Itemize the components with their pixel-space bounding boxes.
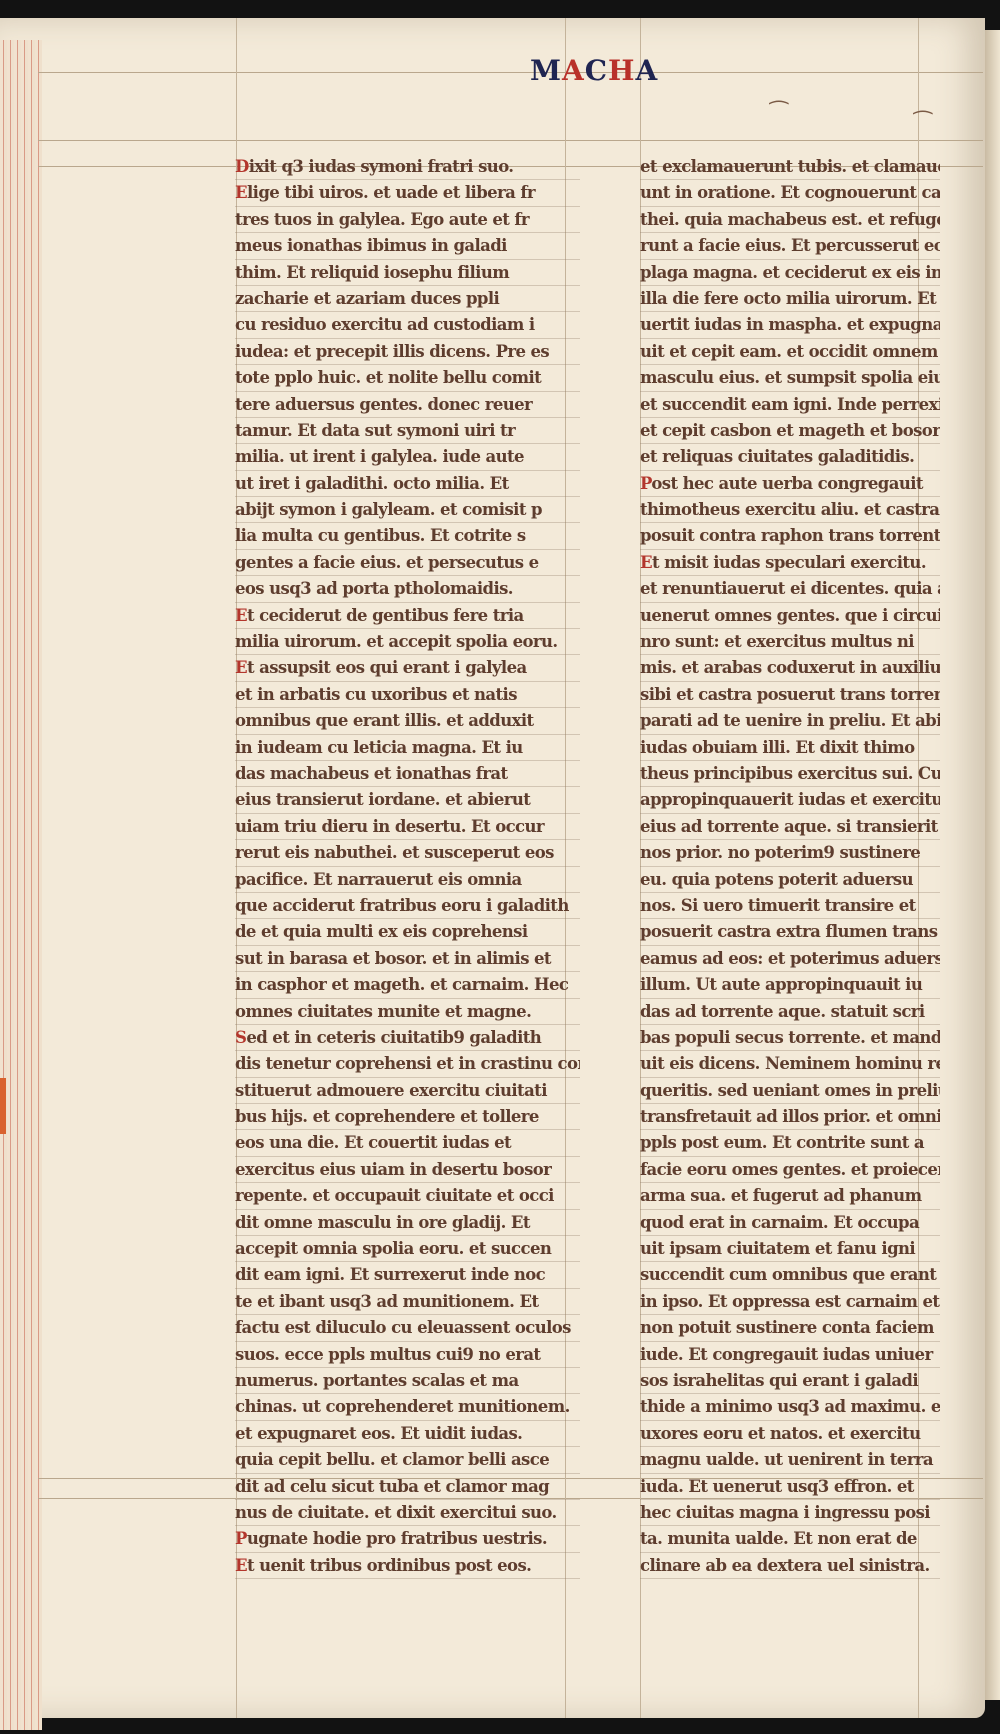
line-text: et renuntiauerut ei dicentes. quia ad — [640, 579, 940, 598]
text-line: quia cepit bellu. et clamor belli asce — [235, 1447, 580, 1473]
line-text: numerus. portantes scalas et ma — [235, 1371, 519, 1390]
line-text: bas populi secus torrente. et manda — [640, 1028, 940, 1047]
line-text: tote pplo huic. et nolite bellu comit — [235, 368, 541, 387]
line-text: et succendit eam igni. Inde perrexit — [640, 395, 940, 414]
line-text: dit omne masculu in ore gladij. Et — [235, 1213, 530, 1232]
text-line: sos israhelitas qui erant i galadi — [640, 1368, 940, 1394]
text-line: thim. Et reliquid iosephu filium — [235, 260, 580, 286]
line-text: zacharie et azariam duces ppli — [235, 289, 499, 308]
text-line: zacharie et azariam duces ppli — [235, 286, 580, 312]
line-text: de et quia multi ex eis coprehensi — [235, 922, 528, 941]
line-text: arma sua. et fugerut ad phanum — [640, 1186, 921, 1205]
line-text: sibi et castra posuerut trans torrente — [640, 685, 940, 704]
text-line: ta. munita ualde. Et non erat de — [640, 1526, 940, 1552]
line-text: ta. munita ualde. Et non erat de — [640, 1529, 917, 1548]
text-line: et expugnaret eos. Et uidit iudas. — [235, 1421, 580, 1447]
text-line: parati ad te uenire in preliu. Et abijt — [640, 708, 940, 734]
text-line: uit ipsam ciuitatem et fanu igni — [640, 1236, 940, 1262]
running-head-letter: H — [608, 54, 635, 87]
text-line: uit et cepit eam. et occidit omnem — [640, 339, 940, 365]
line-text: theus principibus exercitus sui. Cu — [640, 764, 940, 783]
text-line: mis. et arabas coduxerut in auxiliu — [640, 655, 940, 681]
text-line: abijt symon i galyleam. et comisit p — [235, 497, 580, 523]
text-line: in casphor et mageth. et carnaim. Hec — [235, 972, 580, 998]
text-line: cu residuo exercitu ad custodiam i — [235, 312, 580, 338]
line-text: facie eoru omes gentes. et proiecer — [640, 1160, 940, 1179]
line-text: t assupsit eos qui erant i galylea — [247, 658, 527, 677]
line-text: non potuit sustinere conta faciem — [640, 1318, 934, 1337]
line-text: illum. Ut aute appropinquauit iu — [640, 975, 922, 994]
line-text: ut iret i galadithi. octo milia. Et — [235, 474, 509, 493]
text-column-right: et exclamauerunt tubis. et clamauerunt i… — [640, 154, 940, 1579]
rubricated-initial: E — [235, 1556, 247, 1575]
text-line: das ad torrente aque. statuit scri — [640, 999, 940, 1025]
line-text: iude. Et congregauit iudas uniuer — [640, 1345, 933, 1364]
marginal-mark: ⁀ — [770, 102, 788, 127]
line-text: nus de ciuitate. et dixit exercitui suo. — [235, 1503, 557, 1522]
text-line: eamus ad eos: et poterimus aduers — [640, 946, 940, 972]
line-text: uertit iudas in maspha. et expugna — [640, 315, 940, 334]
line-text: quia cepit bellu. et clamor belli asce — [235, 1450, 549, 1469]
ruling-top-2 — [38, 140, 983, 141]
line-text: clinare ab ea dextera uel sinistra. — [640, 1556, 930, 1575]
text-line: runt a facie eius. Et percusserut eos — [640, 233, 940, 259]
text-line: succendit cum omnibus que erant — [640, 1262, 940, 1288]
line-text: runt a facie eius. Et percusserut eos — [640, 236, 940, 255]
line-text: uenerut omnes gentes. que i circuitu — [640, 606, 940, 625]
text-line: posuerit castra extra flumen trans — [640, 919, 940, 945]
text-line: thei. quia machabeus est. et refuge — [640, 207, 940, 233]
line-text: chinas. ut coprehenderet munitionem. — [235, 1397, 570, 1416]
text-line: que acciderut fratribus eoru i galadith — [235, 893, 580, 919]
text-line: eos una die. Et couertit iudas et — [235, 1130, 580, 1156]
page-marker-tab — [0, 1078, 6, 1134]
text-line: bus hijs. et coprehendere et tollere — [235, 1104, 580, 1130]
line-text: dit eam igni. Et surrexerut inde noc — [235, 1265, 545, 1284]
text-line: repente. et occupauit ciuitate et occi — [235, 1183, 580, 1209]
line-text: cu residuo exercitu ad custodiam i — [235, 315, 535, 334]
line-text: in iudeam cu leticia magna. Et iu — [235, 738, 523, 757]
line-text: quod erat in carnaim. Et occupa — [640, 1213, 919, 1232]
text-line: in iudeam cu leticia magna. Et iu — [235, 735, 580, 761]
line-text: et in arbatis cu uxoribus et natis — [235, 685, 517, 704]
line-text: queritis. sed ueniant omes in preliu. Et — [640, 1081, 940, 1100]
text-line: uenerut omnes gentes. que i circuitu — [640, 603, 940, 629]
rubricated-initial: E — [640, 553, 652, 572]
line-text: ugnate hodie pro fratribus uestris. — [247, 1529, 547, 1548]
line-text: nos. Si uero timuerit transire et — [640, 896, 916, 915]
text-line: plaga magna. et ceciderut ex eis in — [640, 260, 940, 286]
text-column-left: Dixit q3 iudas symoni fratri suo.Elige t… — [235, 154, 580, 1579]
text-line: Elige tibi uiros. et uade et libera fr — [235, 180, 580, 206]
text-line: tote pplo huic. et nolite bellu comit — [235, 365, 580, 391]
text-line: posuit contra raphon trans torrente — [640, 523, 940, 549]
line-text: stituerut admouere exercitu ciuitati — [235, 1081, 547, 1100]
text-line: et exclamauerunt tubis. et clamauer — [640, 154, 940, 180]
line-text: uit et cepit eam. et occidit omnem — [640, 342, 938, 361]
text-line: nos. Si uero timuerit transire et — [640, 893, 940, 919]
text-line: das machabeus et ionathas frat — [235, 761, 580, 787]
line-text: thim. Et reliquid iosephu filium — [235, 263, 509, 282]
text-line: Pugnate hodie pro fratribus uestris. — [235, 1526, 580, 1552]
text-line: uertit iudas in maspha. et expugna — [640, 312, 940, 338]
text-line: iude. Et congregauit iudas uniuer — [640, 1342, 940, 1368]
line-text: thei. quia machabeus est. et refuge — [640, 210, 940, 229]
line-text: exercitus eius uiam in desertu bosor — [235, 1160, 551, 1179]
text-line: rerut eis nabuthei. et susceperut eos — [235, 840, 580, 866]
text-line: Et uenit tribus ordinibus post eos. — [235, 1553, 580, 1579]
line-text: uxores eoru et natos. et exercitu — [640, 1424, 920, 1443]
line-text: rerut eis nabuthei. et susceperut eos — [235, 843, 554, 862]
text-line: quod erat in carnaim. Et occupa — [640, 1210, 940, 1236]
line-text: bus hijs. et coprehendere et tollere — [235, 1107, 539, 1126]
line-text: eius transierut iordane. et abierut — [235, 790, 530, 809]
text-line: dis tenetur coprehensi et in crastinu co… — [235, 1051, 580, 1077]
line-text: plaga magna. et ceciderut ex eis in — [640, 263, 940, 282]
line-text: das machabeus et ionathas frat — [235, 764, 507, 783]
text-line: unt in oratione. Et cognouerunt castra t… — [640, 180, 940, 206]
text-line: uiam triu dieru in desertu. Et occur — [235, 814, 580, 840]
text-line: non potuit sustinere conta faciem — [640, 1315, 940, 1341]
manuscript-page: MACHA ⁀ ⁀ Dixit q3 iudas symoni fratri s… — [0, 18, 985, 1718]
line-text: t misit iudas speculari exercitu. — [652, 553, 926, 572]
text-line: suos. ecce ppls multus cui9 no erat — [235, 1342, 580, 1368]
line-text: milia uirorum. et accepit spolia eoru. — [235, 632, 558, 651]
text-line: illa die fere octo milia uirorum. Et di — [640, 286, 940, 312]
line-text: parati ad te uenire in preliu. Et abijt — [640, 711, 940, 730]
text-line: tamur. Et data sut symoni uiri tr — [235, 418, 580, 444]
text-line: ut iret i galadithi. octo milia. Et — [235, 471, 580, 497]
rubricated-initial: E — [235, 606, 247, 625]
text-line: thide a minimo usq3 ad maximu. et — [640, 1394, 940, 1420]
text-line: theus principibus exercitus sui. Cu — [640, 761, 940, 787]
line-text: masculu eius. et sumpsit spolia eius — [640, 368, 940, 387]
text-line: exercitus eius uiam in desertu bosor — [235, 1157, 580, 1183]
text-line: et renuntiauerut ei dicentes. quia ad — [640, 576, 940, 602]
line-text: thide a minimo usq3 ad maximu. et — [640, 1397, 940, 1416]
text-line: magnu ualde. ut uenirent in terra — [640, 1447, 940, 1473]
running-head-letter: M — [530, 54, 562, 87]
line-text: t ceciderut de gentibus fere tria — [247, 606, 524, 625]
text-line: Et assupsit eos qui erant i galylea — [235, 655, 580, 681]
line-text: in ipso. Et oppressa est carnaim et — [640, 1292, 939, 1311]
line-text: et reliquas ciuitates galaditidis. — [640, 447, 914, 466]
rubricated-initial: S — [235, 1028, 246, 1047]
text-line: milia uirorum. et accepit spolia eoru. — [235, 629, 580, 655]
line-text: iuda. Et uenerut usq3 effron. et — [640, 1477, 914, 1496]
text-line: omnes ciuitates munite et magne. — [235, 999, 580, 1025]
line-text: tere aduersus gentes. donec reuer — [235, 395, 532, 414]
rubricated-initial: E — [235, 658, 247, 677]
line-text: in casphor et mageth. et carnaim. Hec — [235, 975, 568, 994]
line-text: tamur. Et data sut symoni uiri tr — [235, 421, 515, 440]
text-line: de et quia multi ex eis coprehensi — [235, 919, 580, 945]
line-text: gentes a facie eius. et persecutus e — [235, 553, 538, 572]
text-line: et cepit casbon et mageth et bosor. — [640, 418, 940, 444]
text-line: Post hec aute uerba congregauit — [640, 471, 940, 497]
running-head-letter: A — [562, 54, 585, 87]
text-line: chinas. ut coprehenderet munitionem. — [235, 1394, 580, 1420]
text-line: factu est diluculo cu eleuassent oculos — [235, 1315, 580, 1341]
text-line: ppls post eum. Et contrite sunt a — [640, 1130, 940, 1156]
text-line: et succendit eam igni. Inde perrexit — [640, 392, 940, 418]
text-line: hec ciuitas magna i ingressu posi — [640, 1500, 940, 1526]
rubricated-initial: D — [235, 157, 249, 176]
text-line: sibi et castra posuerut trans torrente — [640, 682, 940, 708]
text-line: nro sunt: et exercitus multus ni — [640, 629, 940, 655]
text-line: numerus. portantes scalas et ma — [235, 1368, 580, 1394]
text-line: pacifice. Et narrauerut eis omnia — [235, 867, 580, 893]
text-line: Dixit q3 iudas symoni fratri suo. — [235, 154, 580, 180]
text-line: uxores eoru et natos. et exercitu — [640, 1421, 940, 1447]
line-text: iudea: et precepit illis dicens. Pre es — [235, 342, 549, 361]
text-line: omnibus que erant illis. et adduxit — [235, 708, 580, 734]
line-text: uit ipsam ciuitatem et fanu igni — [640, 1239, 915, 1258]
text-line: facie eoru omes gentes. et proiecer — [640, 1157, 940, 1183]
text-line: iuda. Et uenerut usq3 effron. et — [640, 1474, 940, 1500]
line-text: et cepit casbon et mageth et bosor. — [640, 421, 940, 440]
line-text: repente. et occupauit ciuitate et occi — [235, 1186, 554, 1205]
text-line: Et ceciderut de gentibus fere tria — [235, 603, 580, 629]
text-line: nus de ciuitate. et dixit exercitui suo. — [235, 1500, 580, 1526]
line-text: t uenit tribus ordinibus post eos. — [247, 1556, 531, 1575]
running-head-letter: A — [636, 54, 659, 87]
text-line: tere aduersus gentes. donec reuer — [235, 392, 580, 418]
line-text: omnes ciuitates munite et magne. — [235, 1002, 531, 1021]
line-text: uit eis dicens. Neminem hominu reli — [640, 1054, 940, 1073]
line-text: appropinquauerit iudas et exercitus — [640, 790, 940, 809]
text-line: eius ad torrente aque. si transierit ad — [640, 814, 940, 840]
text-line: lia multa cu gentibus. Et cotrite s — [235, 523, 580, 549]
line-text: te et ibant usq3 ad munitionem. Et — [235, 1292, 538, 1311]
line-text: eos usq3 ad porta ptholomaidis. — [235, 579, 513, 598]
text-line: gentes a facie eius. et persecutus e — [235, 550, 580, 576]
text-line: milia. ut irent i galylea. iude aute — [235, 444, 580, 470]
text-line: stituerut admouere exercitu ciuitati — [235, 1078, 580, 1104]
line-text: suos. ecce ppls multus cui9 no erat — [235, 1345, 540, 1364]
text-line: bas populi secus torrente. et manda — [640, 1025, 940, 1051]
line-text: mis. et arabas coduxerut in auxiliu — [640, 658, 940, 677]
line-text: sut in barasa et bosor. et in alimis et — [235, 949, 551, 968]
line-text: nos prior. no poterim9 sustinere — [640, 843, 920, 862]
line-text: pacifice. Et narrauerut eis omnia — [235, 870, 522, 889]
text-line: Et misit iudas speculari exercitu. — [640, 550, 940, 576]
running-head: MACHA — [530, 54, 658, 87]
text-line: arma sua. et fugerut ad phanum — [640, 1183, 940, 1209]
text-line: illum. Ut aute appropinquauit iu — [640, 972, 940, 998]
line-text: lige tibi uiros. et uade et libera fr — [247, 183, 535, 202]
line-text: posuerit castra extra flumen trans — [640, 922, 937, 941]
line-text: accepit omnia spolia eoru. et succen — [235, 1239, 551, 1258]
line-text: thimotheus exercitu aliu. et castra — [640, 500, 939, 519]
line-text: dit ad celu sicut tuba et clamor mag — [235, 1477, 549, 1496]
text-line: clinare ab ea dextera uel sinistra. — [640, 1553, 940, 1579]
facing-page-edge — [985, 30, 1000, 1700]
line-text: que acciderut fratribus eoru i galadith — [235, 896, 569, 915]
line-text: et exclamauerunt tubis. et clamauer — [640, 157, 940, 176]
line-text: et expugnaret eos. Et uidit iudas. — [235, 1424, 522, 1443]
text-line: sut in barasa et bosor. et in alimis et — [235, 946, 580, 972]
line-text: illa die fere octo milia uirorum. Et di — [640, 289, 940, 308]
line-text: meus ionathas ibimus in galadi — [235, 236, 507, 255]
text-line: eu. quia potens poterit aduersu — [640, 867, 940, 893]
line-text: factu est diluculo cu eleuassent oculos — [235, 1318, 571, 1337]
rubricated-initial: P — [235, 1529, 247, 1548]
line-text: lia multa cu gentibus. Et cotrite s — [235, 526, 526, 545]
line-text: eos una die. Et couertit iudas et — [235, 1133, 511, 1152]
line-text: abijt symon i galyleam. et comisit p — [235, 500, 542, 519]
text-line: et in arbatis cu uxoribus et natis — [235, 682, 580, 708]
text-line: iudea: et precepit illis dicens. Pre es — [235, 339, 580, 365]
text-line: eius transierut iordane. et abierut — [235, 787, 580, 813]
text-line: eos usq3 ad porta ptholomaidis. — [235, 576, 580, 602]
text-line: dit ad celu sicut tuba et clamor mag — [235, 1474, 580, 1500]
text-line: transfretauit ad illos prior. et omnis — [640, 1104, 940, 1130]
line-text: ixit q3 iudas symoni fratri suo. — [249, 157, 514, 176]
line-text: ppls post eum. Et contrite sunt a — [640, 1133, 924, 1152]
line-text: ost hec aute uerba congregauit — [651, 474, 923, 493]
line-text: iudas obuiam illi. Et dixit thimo — [640, 738, 915, 757]
line-text: ed et in ceteris ciuitatib9 galadith — [246, 1028, 541, 1047]
line-text: eu. quia potens poterit aduersu — [640, 870, 913, 889]
line-text: das ad torrente aque. statuit scri — [640, 1002, 925, 1021]
text-line: accepit omnia spolia eoru. et succen — [235, 1236, 580, 1262]
line-text: tres tuos in galylea. Ego aute et fr — [235, 210, 529, 229]
text-line: et reliquas ciuitates galaditidis. — [640, 444, 940, 470]
line-text: succendit cum omnibus que erant — [640, 1265, 936, 1284]
line-text: magnu ualde. ut uenirent in terra — [640, 1450, 933, 1469]
text-line: te et ibant usq3 ad munitionem. Et — [235, 1289, 580, 1315]
text-line: iudas obuiam illi. Et dixit thimo — [640, 735, 940, 761]
line-text: eamus ad eos: et poterimus aduers — [640, 949, 940, 968]
line-text: posuit contra raphon trans torrente — [640, 526, 940, 545]
line-text: unt in oratione. Et cognouerunt castra t… — [640, 183, 940, 202]
page-edges — [0, 40, 42, 1730]
text-line: dit omne masculu in ore gladij. Et — [235, 1210, 580, 1236]
text-line: nos prior. no poterim9 sustinere — [640, 840, 940, 866]
line-text: dis tenetur coprehensi et in crastinu co… — [235, 1054, 580, 1073]
rubricated-initial: E — [235, 183, 247, 202]
line-text: eius ad torrente aque. si transierit ad — [640, 817, 940, 836]
text-line: meus ionathas ibimus in galadi — [235, 233, 580, 259]
line-text: sos israhelitas qui erant i galadi — [640, 1371, 918, 1390]
rubricated-initial: P — [640, 474, 651, 493]
text-line: tres tuos in galylea. Ego aute et fr — [235, 207, 580, 233]
text-line: in ipso. Et oppressa est carnaim et — [640, 1289, 940, 1315]
marginal-mark: ⁀ — [914, 112, 932, 137]
line-text: uiam triu dieru in desertu. Et occur — [235, 817, 544, 836]
text-line: Sed et in ceteris ciuitatib9 galadith — [235, 1025, 580, 1051]
line-text: transfretauit ad illos prior. et omnis — [640, 1107, 940, 1126]
text-line: queritis. sed ueniant omes in preliu. Et — [640, 1078, 940, 1104]
text-line: appropinquauerit iudas et exercitus — [640, 787, 940, 813]
ruling-top-1 — [38, 72, 983, 73]
text-line: thimotheus exercitu aliu. et castra — [640, 497, 940, 523]
line-text: nro sunt: et exercitus multus ni — [640, 632, 914, 651]
text-line: uit eis dicens. Neminem hominu reli — [640, 1051, 940, 1077]
text-line: dit eam igni. Et surrexerut inde noc — [235, 1262, 580, 1288]
line-text: milia. ut irent i galylea. iude aute — [235, 447, 524, 466]
line-text: omnibus que erant illis. et adduxit — [235, 711, 534, 730]
line-text: hec ciuitas magna i ingressu posi — [640, 1503, 930, 1522]
running-head-letter: C — [585, 54, 608, 87]
text-line: masculu eius. et sumpsit spolia eius — [640, 365, 940, 391]
